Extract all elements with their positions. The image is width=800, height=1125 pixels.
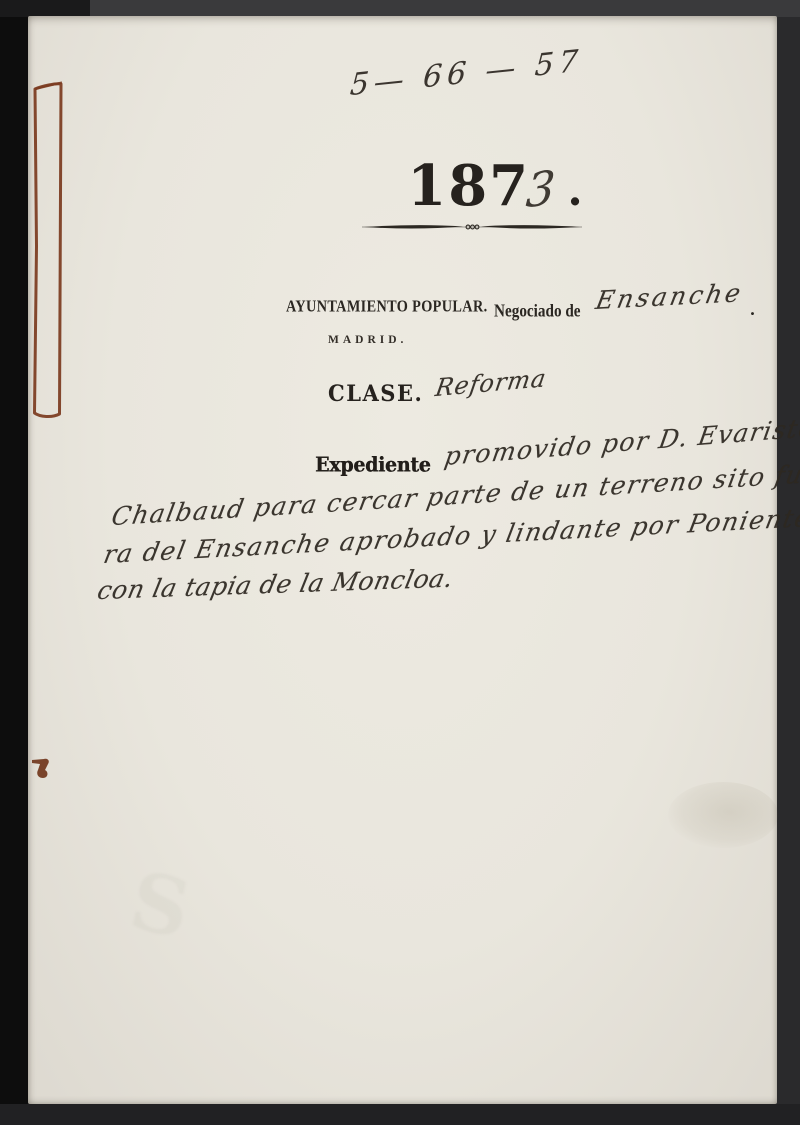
- year-printed: 187: [407, 153, 530, 219]
- reference-number: 5— 66 — 57: [349, 39, 630, 104]
- year-period: .: [567, 165, 582, 216]
- negociado-label: Negociado de: [494, 302, 581, 322]
- drawn-brown-frame: [28, 76, 68, 422]
- scan-mat-top: [90, 0, 800, 17]
- negociado-value-handwritten: Ensanche: [593, 278, 746, 315]
- institution-city: MADRID.: [328, 334, 448, 346]
- scan-mat-right: [776, 0, 800, 1125]
- scan-mat-top-left: [0, 0, 90, 17]
- expediente-handwritten-line4: con la tapia de la Moncloa.: [95, 563, 456, 605]
- scan-mat-bottom: [0, 1104, 800, 1125]
- scan-mat-left: [0, 0, 29, 1125]
- ink-blot: [28, 748, 58, 784]
- year-heading: 1873.: [380, 156, 610, 218]
- paper-stain: [668, 782, 778, 848]
- verso-showthrough: S: [117, 853, 259, 995]
- clase-value-handwritten: Reforma: [434, 364, 549, 402]
- year-handwritten-digit: 3: [524, 156, 557, 221]
- clase-row: CLASE. Reforma: [328, 378, 546, 406]
- expediente-label: Expediente: [315, 453, 430, 477]
- document-page: 5— 66 — 57 1873. AYUNTAMIENTO POPULAR. M…: [28, 16, 777, 1104]
- clase-label: CLASE.: [328, 380, 423, 406]
- institution-name: AYUNTAMIENTO POPULAR.: [286, 297, 461, 317]
- negociado-period: .: [750, 299, 755, 319]
- negociado-row: Negociado de Ensanche .: [494, 292, 755, 321]
- ornament-divider: [362, 220, 582, 234]
